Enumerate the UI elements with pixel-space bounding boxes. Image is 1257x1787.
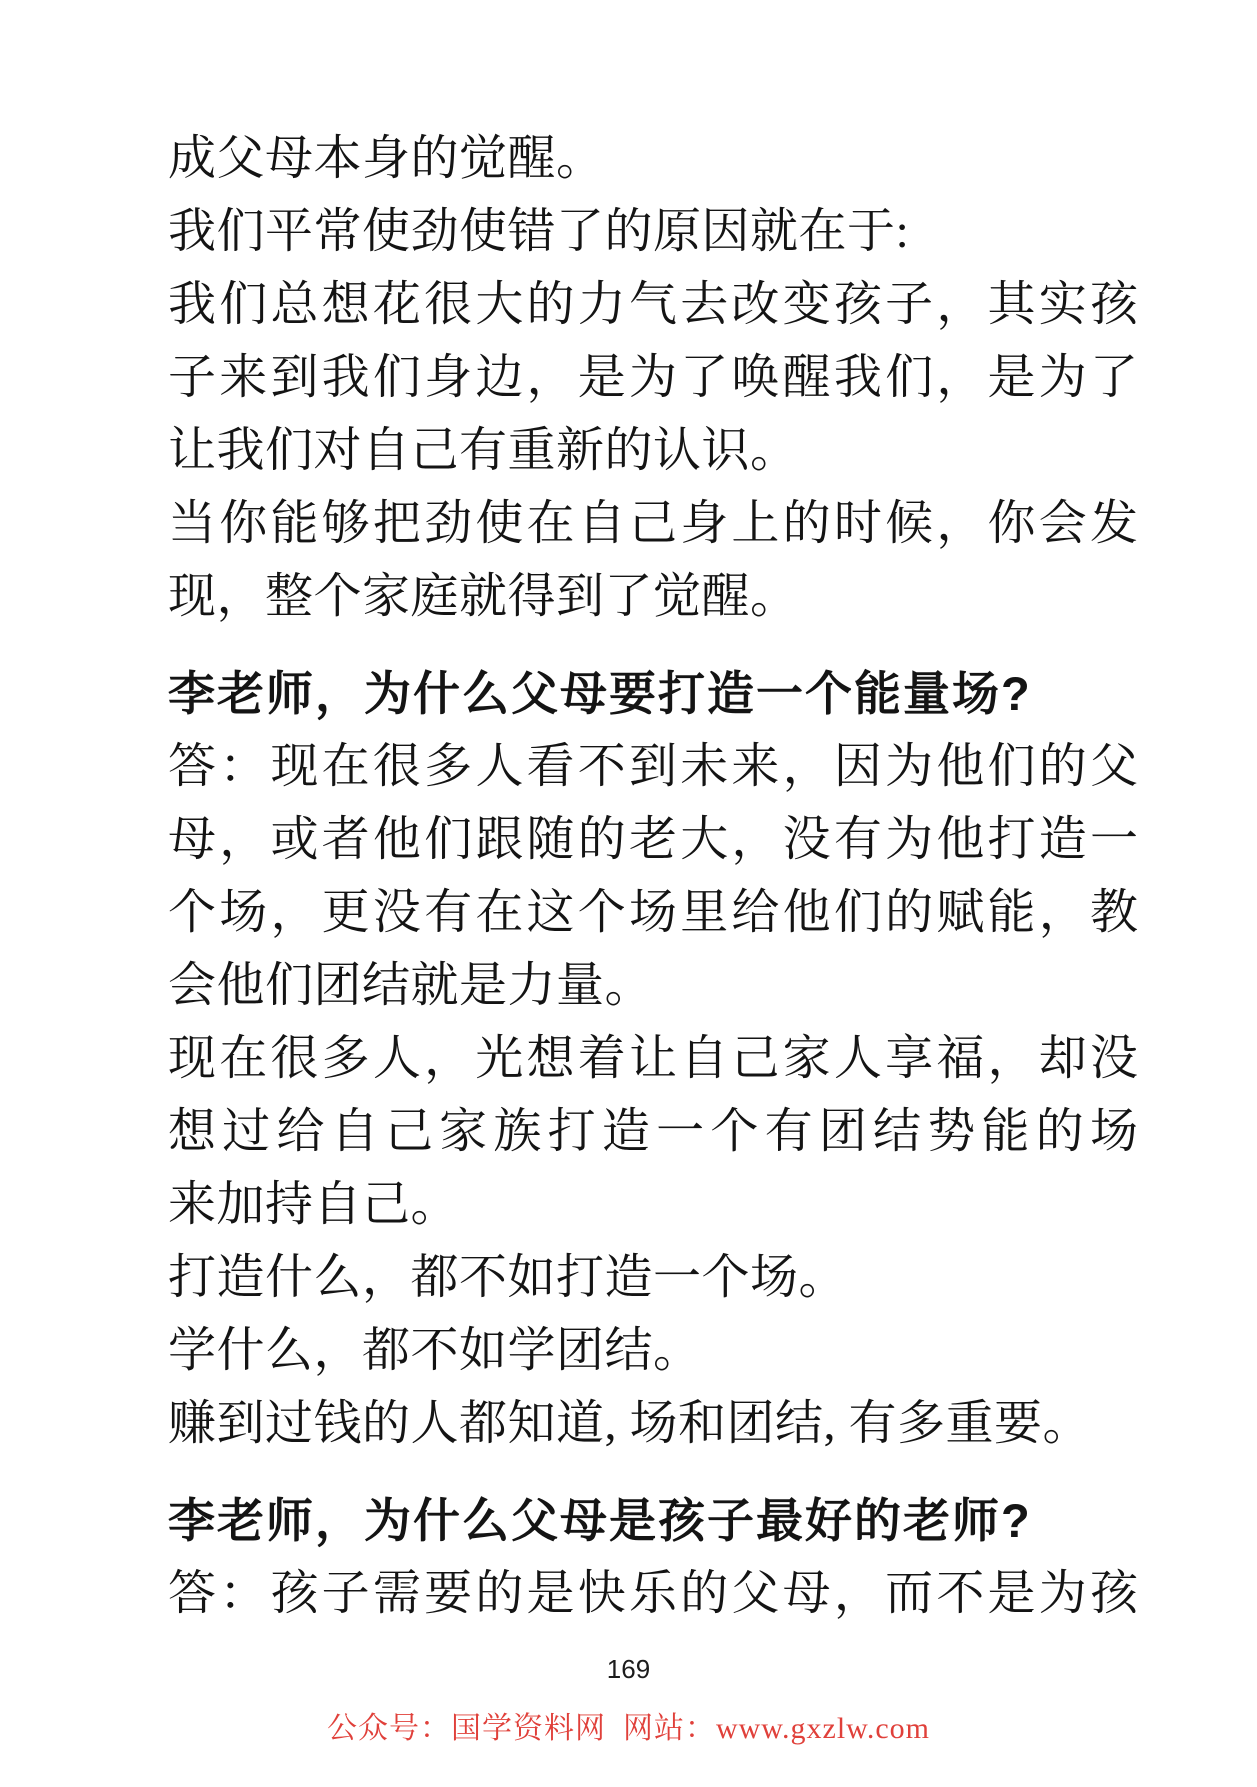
text-line: 答：孩子需要的是快乐的父母，而不是为孩	[168, 1557, 1138, 1630]
text-line: 子来到我们身边，是为了唤醒我们，是为了	[168, 341, 1138, 414]
text-line: 当你能够把劲使在自己身上的时候，你会发	[168, 487, 1138, 560]
text-line: 学什么，都不如学团结。	[168, 1314, 1138, 1387]
text-line: 会他们团结就是力量。	[168, 949, 1138, 1022]
text-line: 打造什么，都不如打造一个场。	[168, 1241, 1138, 1314]
paragraph: 成父母本身的觉醒。我们平常使劲使错了的原因就在于:我们总想花很大的力气去改变孩子…	[168, 122, 1138, 633]
text-line: 让我们对自己有重新的认识。	[168, 414, 1138, 487]
footer-watermark: 公众号：国学资料网 网站：www.gxzlw.com	[0, 1710, 1257, 1748]
text-line: 答：现在很多人看不到未来，因为他们的父	[168, 730, 1138, 803]
document-page: 成父母本身的觉醒。我们平常使劲使错了的原因就在于:我们总想花很大的力气去改变孩子…	[0, 0, 1257, 1787]
text-line: 我们总想花很大的力气去改变孩子，其实孩	[168, 268, 1138, 341]
section-heading: 李老师，为什么父母是孩子最好的老师?	[168, 1484, 1138, 1557]
paragraph: 答：现在很多人看不到未来，因为他们的父母，或者他们跟随的老大，没有为他打造一个场…	[168, 730, 1138, 1460]
page-number: 169	[0, 1654, 1257, 1684]
heading-line: 李老师，为什么父母是孩子最好的老师?	[168, 1484, 1138, 1557]
page-text: 成父母本身的觉醒。我们平常使劲使错了的原因就在于:我们总想花很大的力气去改变孩子…	[168, 122, 1138, 1630]
text-line: 母，或者他们跟随的老大，没有为他打造一	[168, 803, 1138, 876]
text-line: 赚到过钱的人都知道, 场和团结, 有多重要。	[168, 1387, 1138, 1460]
section-heading: 李老师，为什么父母要打造一个能量场?	[168, 657, 1138, 730]
heading-line: 李老师，为什么父母要打造一个能量场?	[168, 657, 1138, 730]
text-line: 现，整个家庭就得到了觉醒。	[168, 560, 1138, 633]
text-line: 成父母本身的觉醒。	[168, 122, 1138, 195]
paragraph: 答：孩子需要的是快乐的父母，而不是为孩	[168, 1557, 1138, 1630]
text-line: 现在很多人，光想着让自己家人享福，却没	[168, 1022, 1138, 1095]
text-line: 想过给自己家族打造一个有团结势能的场	[168, 1095, 1138, 1168]
text-line: 来加持自己。	[168, 1168, 1138, 1241]
text-line: 我们平常使劲使错了的原因就在于:	[168, 195, 1138, 268]
text-line: 个场，更没有在这个场里给他们的赋能，教	[168, 876, 1138, 949]
